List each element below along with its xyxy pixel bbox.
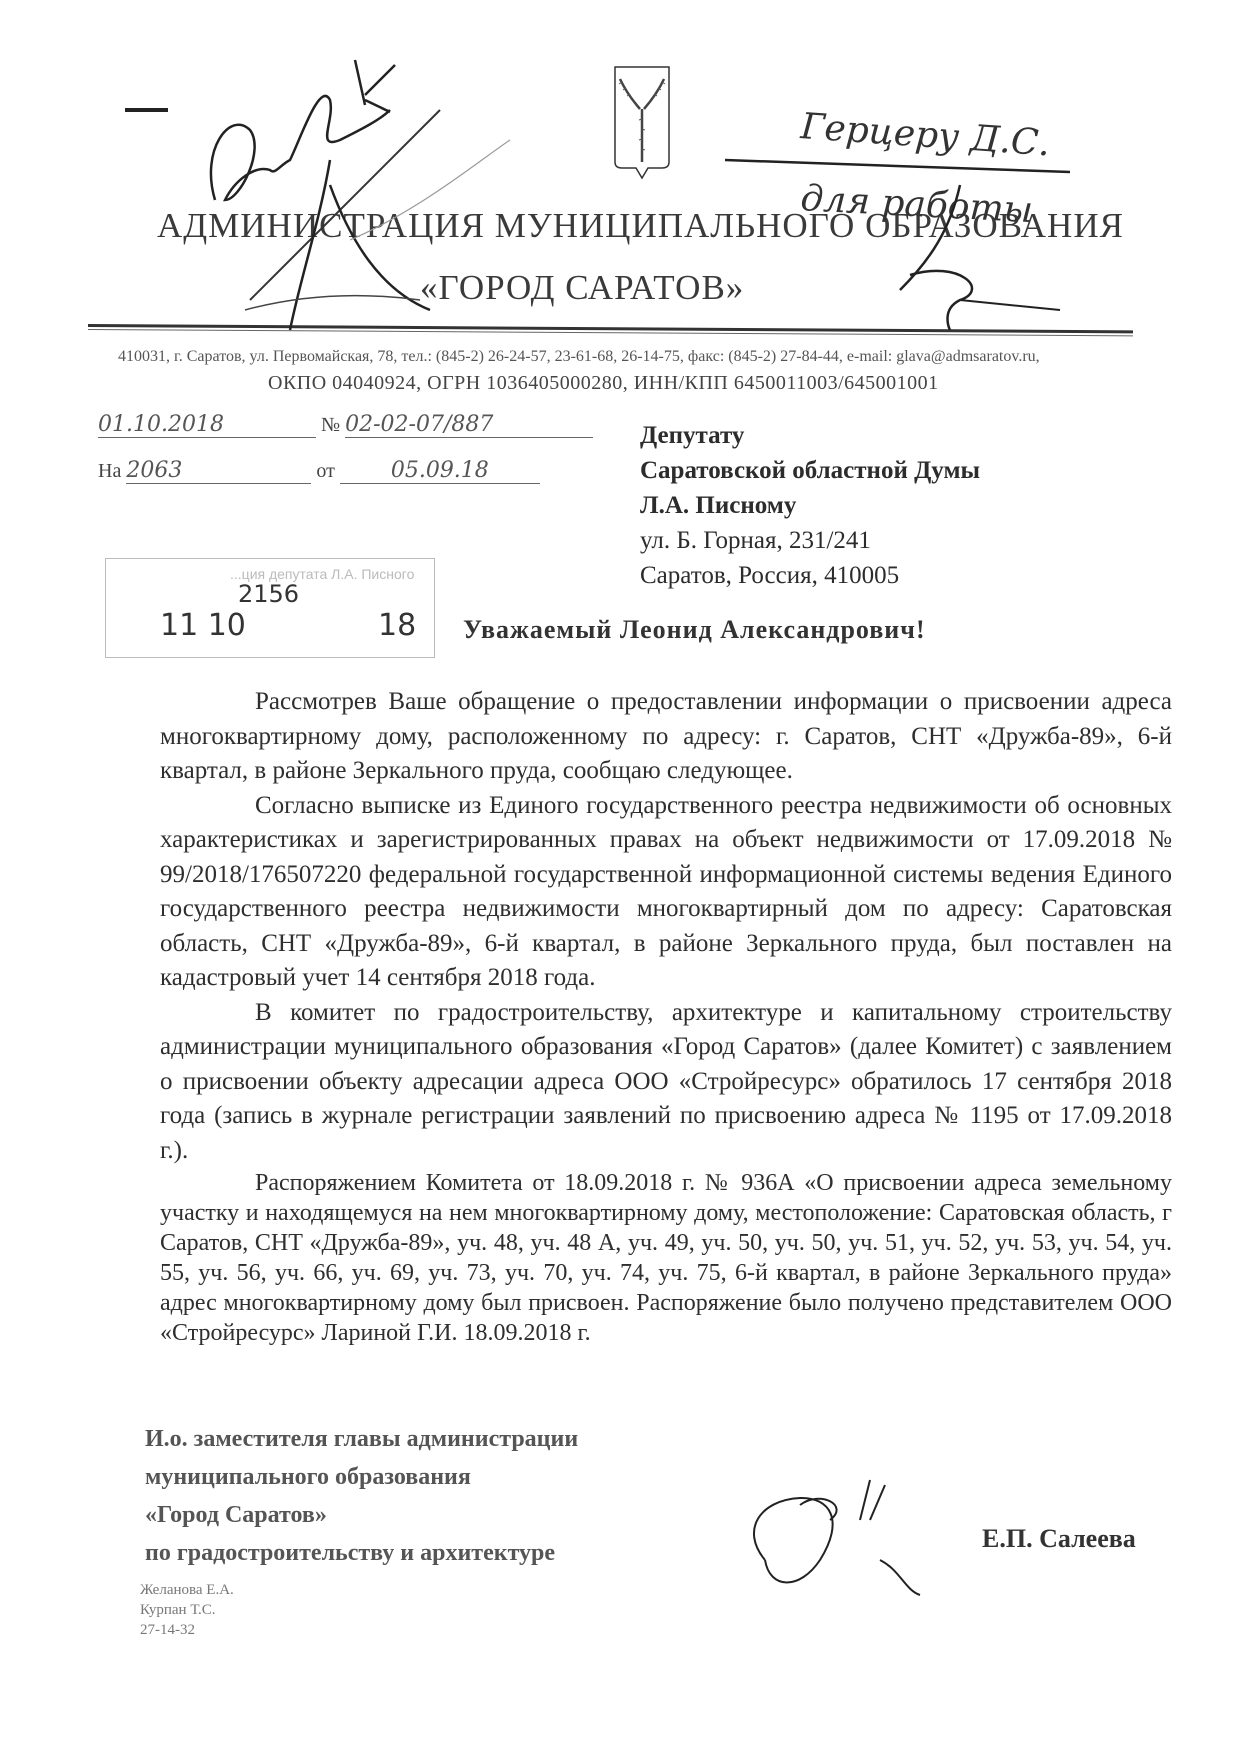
letter-body: Рассмотрев Ваше обращение о предоставлен… <box>160 685 1172 1348</box>
signatory-title-line4: по градостроительству и архитектуре <box>145 1534 578 1572</box>
greeting: Уважаемый Леонид Александрович! <box>463 615 926 645</box>
in-reply-number: 2063 <box>126 458 311 484</box>
executor-1: Желанова Е.А. <box>140 1580 234 1600</box>
executor-2: Курпан Т.С. <box>140 1600 234 1620</box>
body-paragraph-3: В комитет по градостроительству, архитек… <box>160 996 1172 1169</box>
executor-phone: 27-14-32 <box>140 1620 234 1640</box>
recipient-street: ул. Б. Горная, 231/241 <box>640 523 980 558</box>
recipient-title: Депутату <box>640 418 980 453</box>
organization-name-line2: «ГОРОД САРАТОВ» <box>420 268 744 308</box>
svg-text:Герцеру Д.С.: Герцеру Д.С. <box>798 106 1051 164</box>
body-paragraph-2: Согласно выписке из Единого государствен… <box>160 789 1172 996</box>
executors-block: Желанова Е.А. Курпан Т.С. 27-14-32 <box>140 1580 234 1640</box>
outgoing-date: 01.10.2018 <box>98 412 316 438</box>
number-label: № <box>321 414 340 436</box>
signatory-title: И.о. заместителя главы администрации мун… <box>145 1420 578 1572</box>
recipient-name: Л.А. Писному <box>640 488 980 523</box>
in-reply-label: На <box>98 460 121 482</box>
recipient-city: Саратов, Россия, 410005 <box>640 558 980 593</box>
organization-requisites: ОКПО 04040924, ОГРН 1036405000280, ИНН/К… <box>268 372 939 395</box>
stamp-date: 11 10 <box>160 608 246 643</box>
stamp-number: 2156 <box>238 580 299 608</box>
contact-details: 410031, г. Саратов, ул. Первомайская, 78… <box>118 348 1040 366</box>
saratov-coat-of-arms-icon <box>612 64 672 182</box>
from-label: от <box>316 460 334 482</box>
recipient-block: Депутату Саратовской областной Думы Л.А.… <box>640 418 980 593</box>
stamp-year: 18 <box>378 608 416 643</box>
in-reply-line: На 2063 от 05.09.18 <box>98 458 540 484</box>
signatory-title-line2: муниципального образования <box>145 1458 578 1496</box>
outgoing-number: 02-02-07/887 <box>345 412 593 438</box>
outgoing-reference-line: 01.10.2018 № 02-02-07/887 <box>98 412 593 438</box>
in-reply-date: 05.09.18 <box>340 458 540 484</box>
body-paragraph-4: Распоряжением Комитета от 18.09.2018 г. … <box>160 1168 1172 1348</box>
signatory-name: Е.П. Салеева <box>982 1524 1136 1554</box>
body-paragraph-1: Рассмотрев Ваше обращение о предоставлен… <box>160 685 1172 789</box>
signatory-title-line3: «Город Саратов» <box>145 1496 578 1534</box>
signatory-title-line1: И.о. заместителя главы администрации <box>145 1420 578 1458</box>
recipient-organization: Саратовской областной Думы <box>640 453 980 488</box>
organization-name-line1: АДМИНИСТРАЦИЯ МУНИЦИПАЛЬНОГО ОБРАЗОВАНИЯ <box>157 206 1124 246</box>
